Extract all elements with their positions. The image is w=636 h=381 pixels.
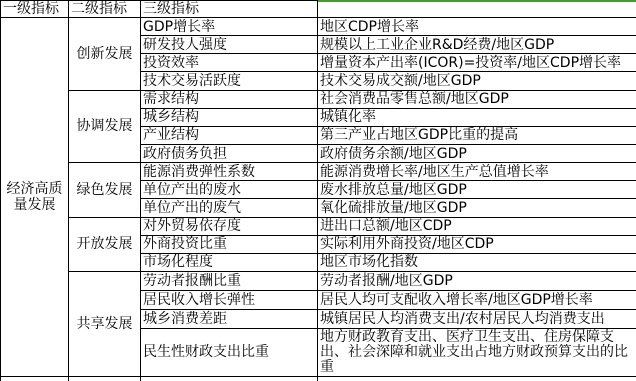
- level3-cell[interactable]: 对外贸易依存度: [141, 218, 318, 236]
- definition-cell[interactable]: 第三产业占地区GDP比重的提高: [318, 127, 636, 145]
- definition-cell[interactable]: 废水排放总量/地区GDP: [318, 181, 636, 199]
- definition-cell[interactable]: 地方财政教育支出、医疗卫生支出、住房保障支出、社会深障和就业支出占地方财政预算支…: [318, 329, 636, 377]
- definition-cell[interactable]: 地区CDP增长率: [318, 18, 636, 36]
- definition-cell[interactable]: 政府债务余额/地区GDP: [318, 145, 636, 163]
- level3-cell[interactable]: 民生性财政支出比重: [141, 329, 318, 377]
- level3-cell[interactable]: 技术交易活跃度: [141, 72, 318, 90]
- definition-cell[interactable]: 劳动者报酬/地区GDP: [318, 272, 636, 291]
- header-cell-2[interactable]: 三级指标: [141, 0, 318, 18]
- level3-cell[interactable]: 研发投人强度: [141, 36, 318, 54]
- definition-cell[interactable]: 氧化硫排放量/地区GDP: [318, 199, 636, 217]
- header-cell-0[interactable]: 一级指标: [1, 0, 69, 18]
- level2-cell[interactable]: 绿色发展: [69, 163, 141, 217]
- level3-cell[interactable]: 政府债务负担: [141, 145, 318, 163]
- definition-cell[interactable]: 进出口总额/地区CDP: [318, 218, 636, 236]
- definition-cell[interactable]: 能源消费增长率/地区生产总值增长率: [318, 163, 636, 181]
- level2-cell[interactable]: 创新发展: [69, 18, 141, 91]
- definition-cell[interactable]: 实际利用外商投资/地区CDP: [318, 236, 636, 254]
- level3-cell[interactable]: 产业结构: [141, 127, 318, 145]
- level3-cell[interactable]: 劳动者报酬比重: [141, 272, 318, 291]
- level3-cell[interactable]: 城乡结构: [141, 109, 318, 127]
- level3-cell[interactable]: 能源消费弹性系数: [141, 163, 318, 181]
- definition-cell[interactable]: 技术交易成交额/地区GDP: [318, 72, 636, 90]
- level1-cell[interactable]: 经济高质量发展: [1, 18, 69, 377]
- selected-cell[interactable]: [318, 0, 636, 18]
- header-cell-1[interactable]: 二级指标: [69, 0, 141, 18]
- definition-cell[interactable]: 居民人均可支配收入增长率/地区GDP增长率: [318, 291, 636, 310]
- level3-cell[interactable]: 投资效率: [141, 54, 318, 72]
- level3-cell[interactable]: 城乡消费差距: [141, 310, 318, 329]
- definition-cell[interactable]: 社会消费品零售总额/地区GDP: [318, 91, 636, 109]
- partial-row-cell[interactable]: [141, 377, 318, 381]
- definition-cell[interactable]: 城镇化率: [318, 109, 636, 127]
- spreadsheet-sheet: 一级指标二级指标三级指标经济高质量发展创新发展GDP增长率地区CDP增长率研发投…: [0, 0, 636, 381]
- partial-row-cell[interactable]: [1, 377, 69, 381]
- level3-cell[interactable]: 外商投资比重: [141, 236, 318, 254]
- level2-cell[interactable]: 开放发展: [69, 218, 141, 272]
- level3-cell[interactable]: 单位产出的废气: [141, 199, 318, 217]
- definition-cell[interactable]: 增量资本产出率(ICOR)=投资率/地区CDP增长率: [318, 54, 636, 72]
- definition-cell[interactable]: 地区市场化指数: [318, 254, 636, 272]
- level3-cell[interactable]: GDP增长率: [141, 18, 318, 36]
- level3-cell[interactable]: 居民收入增长弹性: [141, 291, 318, 310]
- definition-cell[interactable]: 规模以上工业企业R&D经费/地区GDP: [318, 36, 636, 54]
- level3-cell[interactable]: 需求结构: [141, 91, 318, 109]
- level2-cell[interactable]: 共享发展: [69, 272, 141, 377]
- indicator-table: 一级指标二级指标三级指标经济高质量发展创新发展GDP增长率地区CDP增长率研发投…: [1, 0, 636, 381]
- level2-cell[interactable]: 协调发展: [69, 91, 141, 164]
- definition-cell[interactable]: 城镇居民人均消费支出/农村居民人均消费支出: [318, 310, 636, 329]
- level3-cell[interactable]: 市场化程度: [141, 254, 318, 272]
- partial-row-cell[interactable]: [69, 377, 141, 381]
- level3-cell[interactable]: 单位产出的废水: [141, 181, 318, 199]
